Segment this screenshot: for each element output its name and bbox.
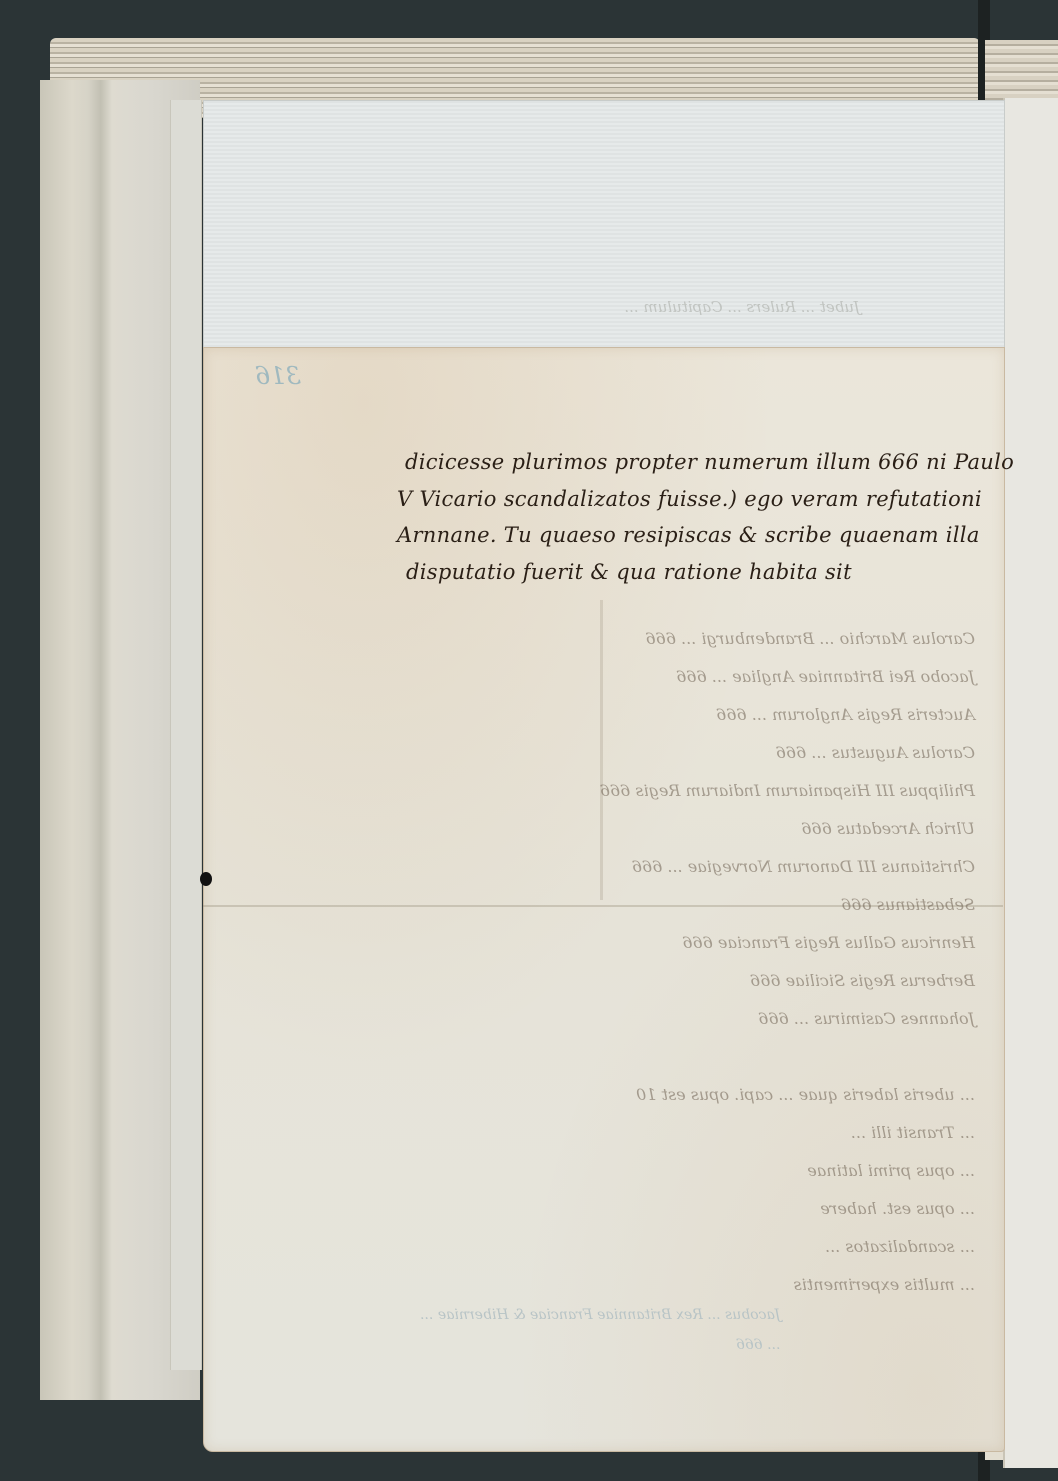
handwritten-line: V Vicario scandalizatos fuisse.) ego ver…: [240, 481, 1000, 518]
facing-page-stack-edge: [985, 40, 1058, 100]
facing-page-guard: [1003, 98, 1058, 1468]
bleed-through-line: Johannes Casimirus ... 666: [235, 1000, 975, 1038]
bleed-through-line: Aucteris Regis Anglorum ... 666: [235, 696, 975, 734]
bleed-through-line: ... scandalizatos ...: [235, 1228, 975, 1266]
bleed-through-line: Carolus Augustus ... 666: [235, 734, 975, 772]
bleed-through-line: ... opus primi latinae: [235, 1152, 975, 1190]
guard-strip: [170, 100, 202, 1370]
bleed-through-line: Henricus Gallus Regis Franciae 666: [235, 924, 975, 962]
handwritten-text: dicicesse plurimos propter numerum illum…: [240, 444, 1000, 590]
bleed-through-line: ... multis experimentis: [235, 1266, 975, 1304]
bleed-through-line: Philippus III Hispaniarum Indiarum Regis…: [235, 772, 975, 810]
guard-sheet-ghost-text: Jubet ... Rulers ... Capitulum ...: [340, 298, 860, 318]
handwritten-line: disputatio fuerit & qua ratione habita s…: [240, 554, 1000, 591]
bleed-through-line: Sebastianus 666: [235, 886, 975, 924]
handwritten-line: Arnnane. Tu quaeso resipiscas & scribe q…: [240, 517, 1000, 554]
handwritten-line: dicicesse plurimos propter numerum illum…: [240, 444, 1000, 481]
bleed-through-line: [235, 1038, 975, 1076]
bleed-through-line: Ulrich Arcedatus 666: [235, 810, 975, 848]
bleed-through-text: Carolus Marchio ... Brandenburgi ... 666…: [235, 620, 975, 1304]
bleed-through-line: Christianus III Danorum Norvegiae ... 66…: [235, 848, 975, 886]
bleed-through-line: ... opus est. habere: [235, 1190, 975, 1228]
folio-number-mirrored: 316: [255, 362, 301, 390]
bleed-through-line: ... uberis laberis quae ... capi. opus e…: [235, 1076, 975, 1114]
faint-ghost-text-bottom: Jacobus ... Rex Britanniae Franciae & Hi…: [420, 1300, 780, 1360]
bleed-through-line: Berberus Regis Siciliae 666: [235, 962, 975, 1000]
bleed-through-line: Jacobo Rei Britanniae Angliae ... 666: [235, 658, 975, 696]
ink-blot: [200, 872, 212, 886]
bleed-through-line: ... Transit illi ...: [235, 1114, 975, 1152]
bleed-through-line: Carolus Marchio ... Brandenburgi ... 666: [235, 620, 975, 658]
